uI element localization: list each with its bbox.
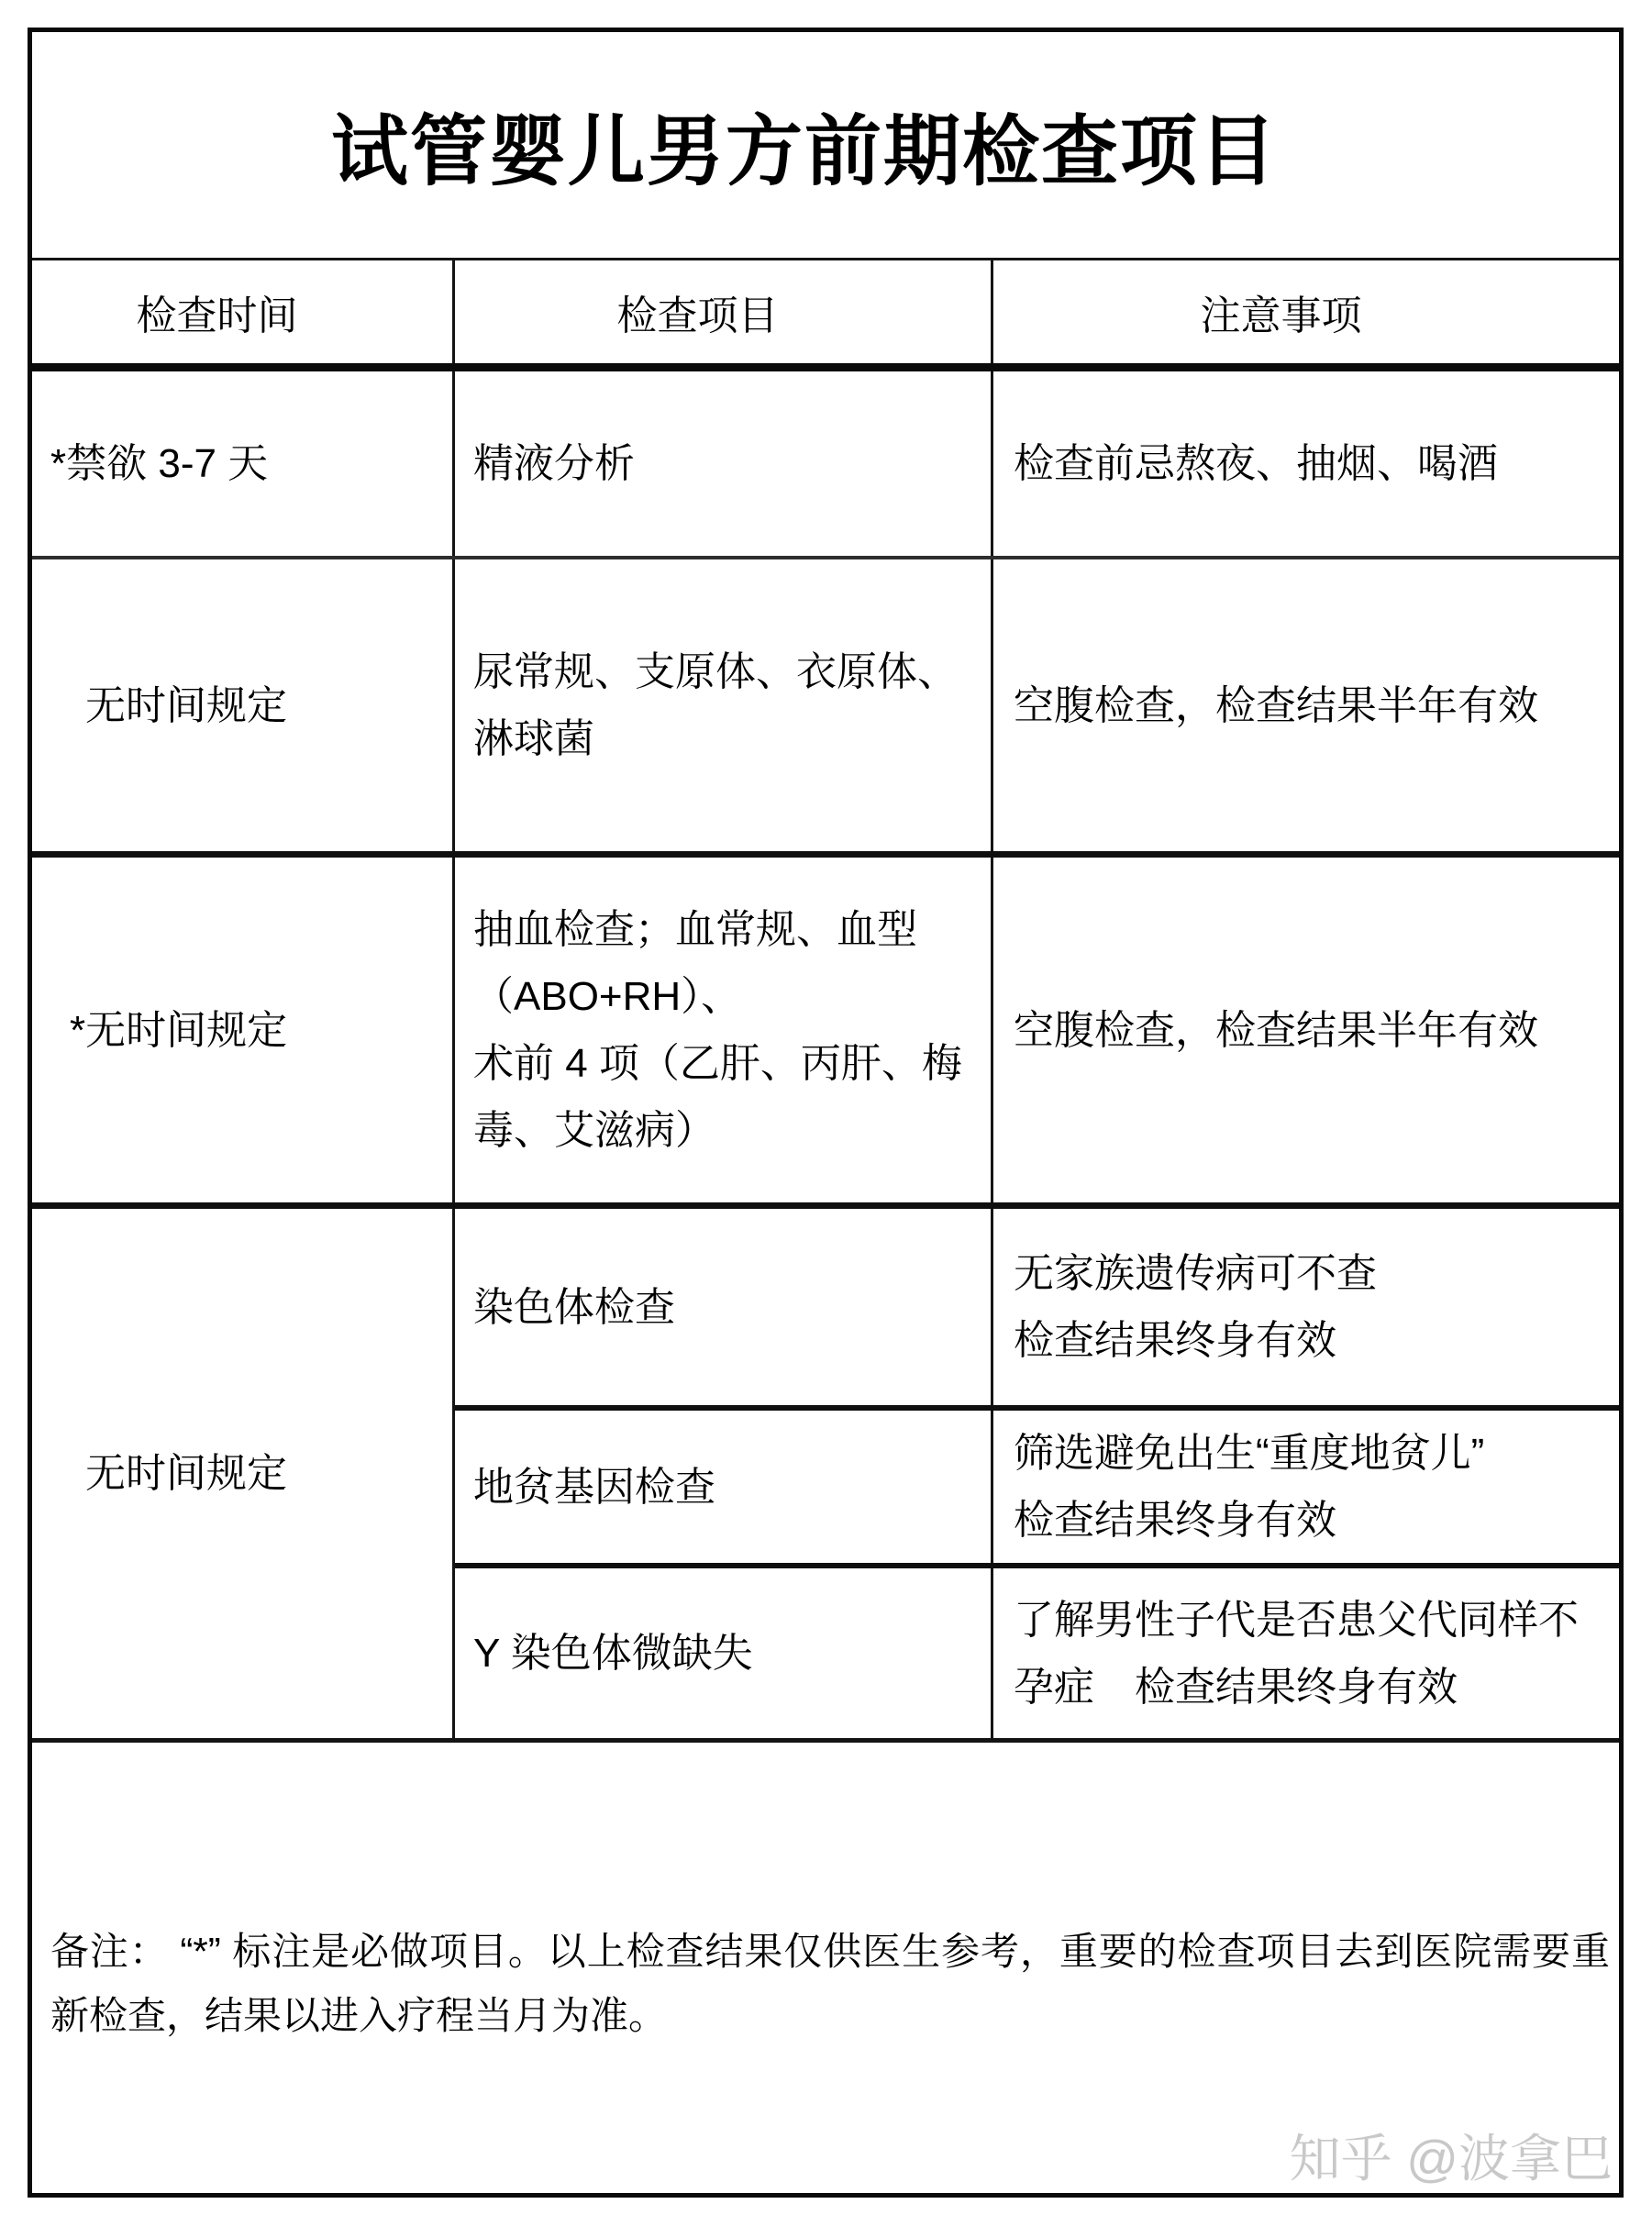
notes-value: 筛选避免出生“重度地贫儿” 检查结果终身有效: [1014, 1420, 1484, 1554]
item-value: Y 染色体微缺失: [473, 1620, 753, 1687]
item-cell: 尿常规、支原体、衣原体、 淋球菌: [455, 559, 993, 851]
table-row: *禁欲 3-7 天 精液分析 检查前忌熬夜、抽烟、喝酒: [32, 371, 1619, 559]
time-cell: 无时间规定: [32, 559, 455, 851]
notes-value: 空腹检查，检查结果半年有效: [1014, 997, 1538, 1064]
header-cell-notes: 注意事项: [993, 260, 1619, 363]
merged-row-subrows: 染色体检查 无家族遗传病可不查 检查结果终身有效 地贫基因检查 筛选避免出生“重…: [455, 1209, 1619, 1738]
item-cell: Y 染色体微缺失: [455, 1568, 993, 1738]
notes-value: 空腹检查，检查结果半年有效: [1014, 672, 1538, 739]
time-value: 无时间规定: [85, 1440, 287, 1507]
notes-value: 了解男性子代是否患父代同样不 孕症 检查结果终身有效: [1014, 1587, 1579, 1721]
time-value: 无时间规定: [85, 672, 287, 739]
header-label-time: 检查时间: [137, 282, 298, 341]
header-cell-time: 检查时间: [32, 260, 455, 363]
page: { "title": "试管婴儿男方前期检查项目", "table": { "h…: [0, 0, 1652, 2226]
notes-cell: 空腹检查，检查结果半年有效: [993, 858, 1619, 1202]
table-subrow: Y 染色体微缺失 了解男性子代是否患父代同样不 孕症 检查结果终身有效: [455, 1568, 1619, 1738]
notes-value: 无家族遗传病可不查 检查结果终身有效: [1014, 1240, 1377, 1374]
table-row: *无时间规定 抽血检查；血常规、血型 （ABO+RH）、 术前 4 项（乙肝、丙…: [32, 858, 1619, 1209]
time-cell: *禁欲 3-7 天: [32, 371, 455, 556]
table-subrow: 地贫基因检查 筛选避免出生“重度地贫儿” 检查结果终身有效: [455, 1411, 1619, 1568]
table-row-merged: 无时间规定 染色体检查 无家族遗传病可不查 检查结果终身有效 地贫基因检查 筛选…: [32, 1209, 1619, 1743]
time-value: *无时间规定: [70, 997, 287, 1064]
header-label-item: 检查项目: [617, 282, 779, 341]
table-row: 无时间规定 尿常规、支原体、衣原体、 淋球菌 空腹检查，检查结果半年有效: [32, 559, 1619, 858]
time-cell: *无时间规定: [32, 858, 455, 1202]
item-cell: 抽血检查；血常规、血型 （ABO+RH）、 术前 4 项（乙肝、丙肝、梅 毒、艾…: [455, 858, 993, 1202]
time-cell: 无时间规定: [32, 1209, 455, 1738]
item-cell: 精液分析: [455, 371, 993, 556]
item-cell: 染色体检查: [455, 1209, 993, 1405]
notes-cell: 了解男性子代是否患父代同样不 孕症 检查结果终身有效: [993, 1568, 1619, 1738]
notes-value: 检查前忌熬夜、抽烟、喝酒: [1014, 430, 1498, 497]
item-value: 抽血检查；血常规、血型 （ABO+RH）、 术前 4 项（乙肝、丙肝、梅 毒、艾…: [473, 896, 962, 1164]
time-value: *禁欲 3-7 天: [50, 430, 268, 497]
item-value: 精液分析: [473, 430, 635, 497]
notes-cell: 检查前忌熬夜、抽烟、喝酒: [993, 371, 1619, 556]
title-block: 试管婴儿男方前期检查项目: [32, 32, 1619, 260]
item-value: 地贫基因检查: [473, 1454, 715, 1521]
document-table: 试管婴儿男方前期检查项目 检查时间 检查项目 注意事项 *禁欲 3-7 天 精液…: [28, 28, 1624, 2198]
item-cell: 地贫基因检查: [455, 1411, 993, 1563]
header-cell-item: 检查项目: [455, 260, 993, 363]
notes-cell: 无家族遗传病可不查 检查结果终身有效: [993, 1209, 1619, 1405]
page-title: 试管婴儿男方前期检查项目: [331, 90, 1278, 201]
notes-cell: 空腹检查，检查结果半年有效: [993, 559, 1619, 851]
remarks-block: 备注： “*” 标注是必做项目。以上检查结果仅供医生参考，重要的检查项目去到医院…: [32, 1743, 1619, 2193]
item-value: 尿常规、支原体、衣原体、 淋球菌: [473, 638, 958, 772]
item-value: 染色体检查: [473, 1274, 675, 1341]
table-subrow: 染色体检查 无家族遗传病可不查 检查结果终身有效: [455, 1209, 1619, 1411]
table-header-row: 检查时间 检查项目 注意事项: [32, 260, 1619, 371]
header-label-notes: 注意事项: [1201, 282, 1362, 341]
remarks-text: 备注： “*” 标注是必做项目。以上检查结果仅供医生参考，重要的检查项目去到医院…: [50, 1920, 1610, 2048]
notes-cell: 筛选避免出生“重度地贫儿” 检查结果终身有效: [993, 1411, 1619, 1563]
watermark: 知乎 @波拿巴: [1290, 2133, 1613, 2185]
